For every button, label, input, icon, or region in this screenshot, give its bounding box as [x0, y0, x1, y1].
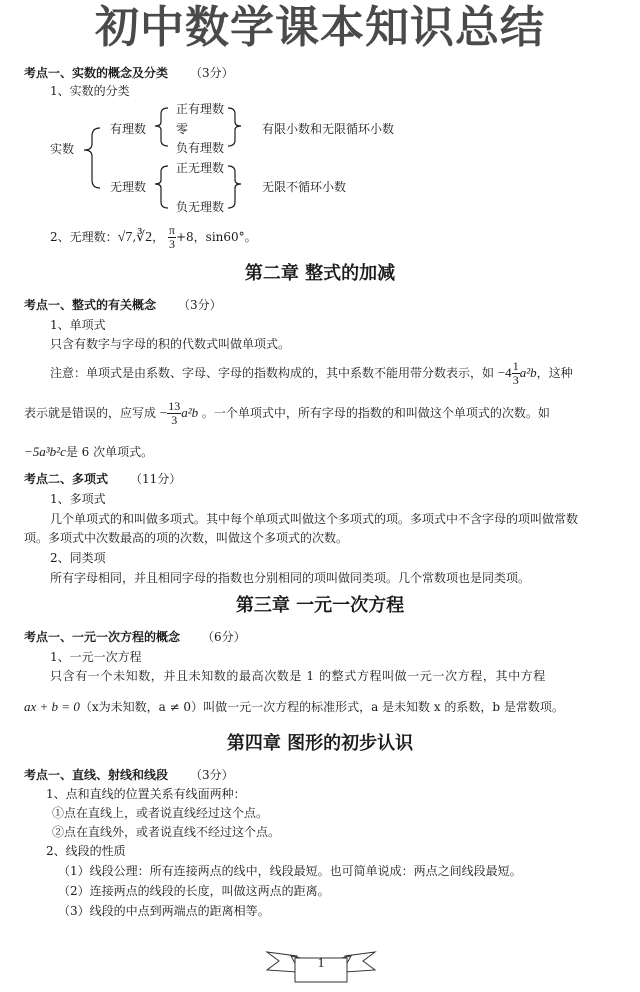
math-var: a²b	[520, 365, 537, 380]
text: +8，sin60°。	[176, 230, 257, 244]
numerator: 13	[167, 400, 181, 414]
math-sqrt7: √7	[118, 230, 133, 245]
real-number-classification-diagram: 实数 有理数 正有理数 零 负有理数 有限小数和无限循环小数 无理数 正无理数 …	[0, 96, 640, 216]
list-item: （2）连接两点的线段的长度，叫做这两点的距离。	[58, 882, 330, 899]
score-label: （3分）	[178, 298, 222, 312]
denominator: 3	[512, 374, 520, 387]
text: （x为未知数，a ≠ 0）叫做一元一次方程的标准形式，a 是未知数 x 的系数，…	[80, 700, 564, 714]
list-item: （3）线段的中点到两端点的距离相等。	[58, 902, 270, 919]
tree-leaf: 负无理数	[176, 198, 224, 215]
score-label: （6分）	[202, 630, 246, 644]
heading-text: 考点一、一元一次方程的概念	[24, 630, 180, 644]
subsection-title: 1、多项式	[50, 490, 106, 507]
heading-text: 考点一、整式的有关概念	[24, 298, 156, 312]
text: ，这种	[537, 366, 573, 380]
text: 。一个单项式中，所有字母的指数的和叫做这个单项式的次数。如	[202, 406, 550, 420]
text: 是 6 次单项式。	[66, 445, 153, 459]
subsection-title: 1、一元一次方程	[50, 648, 142, 665]
subsection-title: 2、同类项	[50, 549, 106, 566]
heading-text: 考点一、实数的概念及分类	[24, 66, 168, 80]
score-label: （11分）	[130, 472, 181, 486]
list-item: ①点在直线上，或者说直线经过这个点。	[52, 804, 268, 821]
chapter-title: 第四章 图形的初步认识	[0, 732, 640, 756]
page-number: 1	[265, 956, 377, 972]
heading-text: 考点二、多项式	[24, 472, 108, 486]
numerator: 1	[512, 360, 520, 374]
exam-point-heading: 考点一、实数的概念及分类（3分）	[24, 64, 234, 81]
math-sign: −	[160, 405, 167, 420]
math-fraction: 13	[512, 360, 520, 387]
definition-text: 项。多项式中次数最高的项的次数，叫做这个多项式的次数。	[24, 529, 348, 546]
math-equation: ax + b = 0	[24, 699, 80, 714]
definition-text: 几个单项式的和叫做多项式。其中每个单项式叫做这个多项式的项。多项式中不含字母的项…	[50, 510, 578, 527]
tree-rational-label: 有理数	[110, 120, 146, 137]
subsection-title: 2、线段的性质	[46, 842, 126, 859]
chapter-title: 第三章 一元一次方程	[0, 594, 640, 618]
tree-root-label: 实数	[50, 140, 74, 157]
note-paragraph-line1: 注意：单项式是由系数、字母、字母的指数构成的，其中系数不能用带分数表示，如 −4…	[50, 360, 573, 387]
score-label: （3分）	[190, 768, 234, 782]
definition-text: 只含有数字与字母的积的代数式叫做单项式。	[50, 335, 290, 352]
page-number-ribbon: 1	[265, 948, 377, 984]
tree-leaf: 正无理数	[176, 159, 224, 176]
math-fraction-pi-over-3: π3	[168, 224, 176, 251]
tree-leaf: 正有理数	[176, 100, 224, 117]
note-paragraph-line2: 表示就是错误的，应写成 −133a²b 。一个单项式中，所有字母的指数的和叫做这…	[24, 400, 550, 427]
exam-point-heading: 考点一、直线、射线和线段（3分）	[24, 766, 234, 783]
tree-irrational-note: 无限不循环小数	[262, 178, 346, 195]
definition-text: 只含有一个未知数，并且未知数的最高次数是 1 的整式方程叫做一元一次方程，其中方…	[50, 667, 546, 684]
brace-lines	[0, 96, 640, 216]
document-title: 初中数学课本知识总结	[0, 2, 640, 54]
text: 注意：单项式是由系数、字母、字母的指数构成的，其中系数不能用带分数表示，如	[50, 366, 494, 380]
heading-text: 考点一、直线、射线和线段	[24, 768, 168, 782]
exam-point-heading: 考点二、多项式（11分）	[24, 470, 181, 487]
subsection-title: 1、单项式	[50, 316, 106, 333]
math-var: a²b	[181, 405, 198, 420]
definition-text: ax + b = 0（x为未知数，a ≠ 0）叫做一元一次方程的标准形式，a 是…	[24, 697, 564, 717]
numerator: π	[168, 224, 176, 238]
score-label: （3分）	[190, 66, 234, 80]
exam-point-heading: 考点一、一元一次方程的概念（6分）	[24, 628, 246, 645]
definition-text: 所有字母相同，并且相同字母的指数也分别相同的项叫做同类项。几个常数项也是同类项。	[50, 569, 530, 586]
chapter-title: 第二章 整式的加减	[0, 262, 640, 286]
text: 表示就是错误的，应写成	[24, 406, 156, 420]
label: 2、无理数：	[50, 230, 118, 244]
list-item: （1）线段公理：所有连接两点的线中，线段最短。也可简单说成：两点之间线段最短。	[58, 862, 522, 879]
tree-leaf: 零	[176, 120, 188, 137]
list-item: ②点在直线外，或者说直线不经过这个点。	[52, 823, 280, 840]
document-page: 初中数学课本知识总结 考点一、实数的概念及分类（3分） 1、实数的分类 实数 有…	[0, 0, 640, 992]
math-whole: −4	[498, 365, 512, 380]
subsection-title: 1、点和直线的位置关系有线面两种：	[46, 785, 246, 802]
exam-point-heading: 考点一、整式的有关概念（3分）	[24, 296, 222, 313]
irrational-examples: 2、无理数：√7,∛2， π3+8，sin60°。	[50, 224, 257, 251]
denominator: 3	[167, 414, 181, 427]
tree-leaf: 负有理数	[176, 139, 224, 156]
tree-rational-note: 有限小数和无限循环小数	[262, 120, 394, 137]
denominator: 3	[168, 238, 176, 251]
math-monomial: −5a³b²c	[24, 444, 66, 459]
note-paragraph-line3: −5a³b²c是 6 次单项式。	[24, 442, 153, 462]
math-cbrt2: ∛2	[136, 230, 152, 245]
tree-irrational-label: 无理数	[110, 178, 146, 195]
math-fraction: 133	[167, 400, 181, 427]
